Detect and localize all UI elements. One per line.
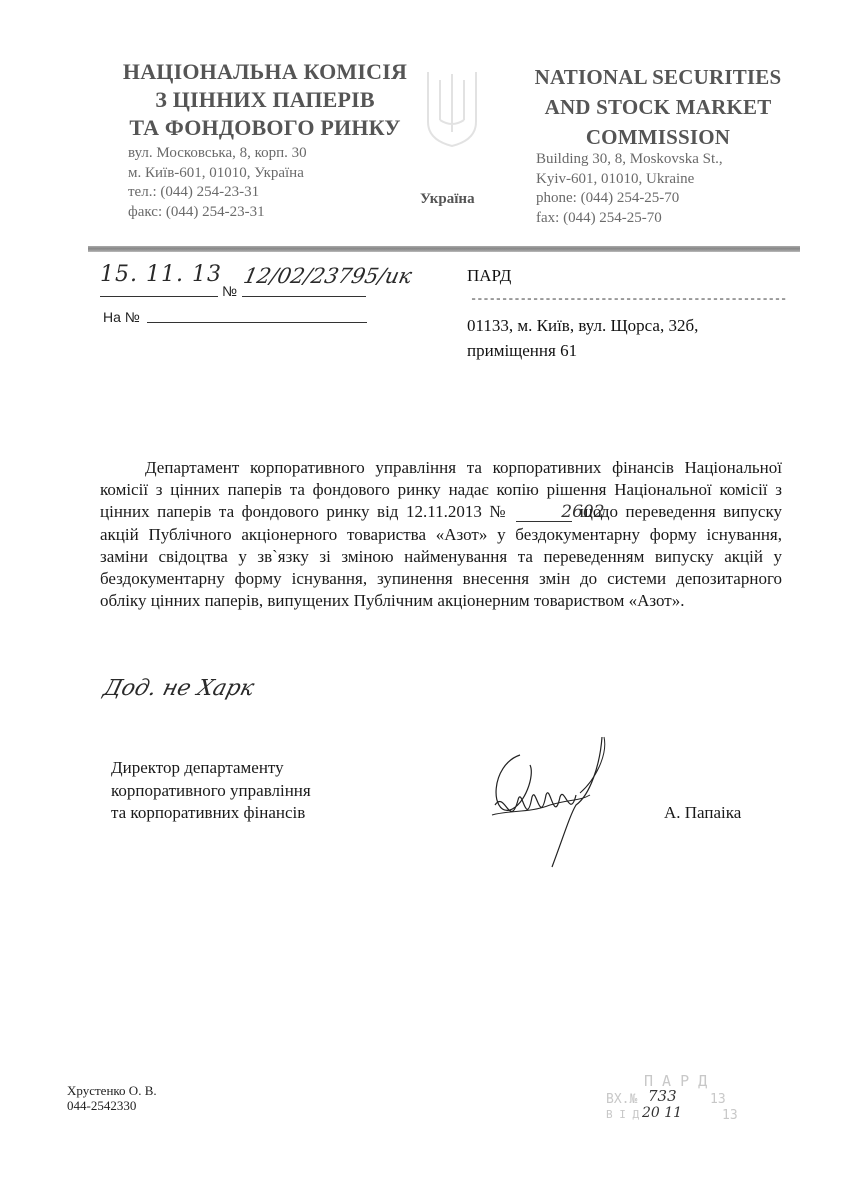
- signatory-title-line: та корпоративних фінансів: [111, 802, 311, 825]
- org-title-line: AND STOCK MARKET: [508, 92, 808, 122]
- recipient-divider: ----------------------------------------…: [470, 292, 786, 306]
- country-label: Україна: [420, 191, 475, 208]
- stamp-in-year: 13: [710, 1092, 726, 1107]
- executor-info: Хрустенко О. В. 044-2542330: [67, 1083, 157, 1113]
- decision-number: 2602: [516, 503, 572, 522]
- number-underline: [242, 296, 366, 297]
- stamp-in-number: 733: [648, 1087, 677, 1105]
- org-title-line: COMMISSION: [508, 122, 808, 152]
- header-divider: [88, 246, 800, 252]
- outgoing-number: 12/02/23795/ик: [241, 264, 414, 288]
- address-line: тел.: (044) 254-23-31: [128, 183, 430, 203]
- letterhead-left: НАЦІОНАЛЬНА КОМІСІЯ З ЦІННИХ ПАПЕРІВ ТА …: [100, 58, 430, 222]
- handwritten-annotation: Дод. не Харк: [101, 676, 257, 701]
- org-title-en: NATIONAL SECURITIES AND STOCK MARKET COM…: [508, 62, 808, 152]
- address-line: Kyiv-601, 01010, Ukraine: [536, 170, 808, 190]
- stamp-date-year: 13: [722, 1108, 738, 1123]
- executor-name: Хрустенко О. В.: [67, 1083, 157, 1098]
- outgoing-date: 15. 11. 13: [100, 262, 222, 287]
- letter-body: Департамент корпоративного управління та…: [100, 457, 782, 612]
- number-label: №: [222, 283, 237, 299]
- org-title-line: НАЦІОНАЛЬНА КОМІСІЯ: [100, 58, 430, 86]
- trident-emblem-icon: [420, 62, 484, 152]
- reply-label: На №: [103, 309, 140, 325]
- signer-name: А. Папаіка: [664, 802, 741, 825]
- signatory-title-line: корпоративного управління: [111, 780, 311, 803]
- address-line: fax: (044) 254-25-70: [536, 209, 808, 229]
- address-line: вул. Московська, 8, корп. 30: [128, 144, 430, 164]
- org-title-line: ТА ФОНДОВОГО РИНКУ: [100, 114, 430, 142]
- incoming-stamp: П А Р Д ВХ.№ 733 13 В І Д 20 11 13: [606, 1072, 786, 1132]
- stamp-date-label: В І Д: [606, 1108, 639, 1121]
- recipient-address-line: 01133, м. Київ, вул. Щорса, 32б,: [467, 313, 698, 338]
- recipient-address: 01133, м. Київ, вул. Щорса, 32б, приміще…: [467, 313, 698, 363]
- org-title-line: NATIONAL SECURITIES: [508, 62, 808, 92]
- address-line: м. Київ-601, 01010, Україна: [128, 164, 430, 184]
- stamp-in-label: ВХ.№: [606, 1092, 637, 1107]
- address-line: Building 30, 8, Moskovska St.,: [536, 150, 808, 170]
- reply-underline: [147, 322, 367, 323]
- letterhead-right: NATIONAL SECURITIES AND STOCK MARKET COM…: [508, 62, 808, 228]
- date-underline: [100, 296, 218, 297]
- org-title-ua: НАЦІОНАЛЬНА КОМІСІЯ З ЦІННИХ ПАПЕРІВ ТА …: [100, 58, 430, 142]
- handwritten-signature-icon: [480, 735, 620, 870]
- address-line: phone: (044) 254-25-70: [536, 189, 808, 209]
- recipient-address-line: приміщення 61: [467, 338, 698, 363]
- address-line: факс: (044) 254-23-31: [128, 203, 430, 223]
- org-address-ua: вул. Московська, 8, корп. 30 м. Київ-601…: [128, 144, 430, 222]
- signatory-title: Директор департаменту корпоративного упр…: [111, 757, 311, 825]
- org-title-line: З ЦІННИХ ПАПЕРІВ: [100, 86, 430, 114]
- executor-phone: 044-2542330: [67, 1098, 157, 1113]
- stamp-date: 20 11: [642, 1105, 682, 1121]
- recipient-name: ПАРД: [467, 263, 511, 288]
- signatory-title-line: Директор департаменту: [111, 757, 311, 780]
- body-paragraph: Департамент корпоративного управління та…: [100, 457, 782, 612]
- org-address-en: Building 30, 8, Moskovska St., Kyiv-601,…: [536, 150, 808, 228]
